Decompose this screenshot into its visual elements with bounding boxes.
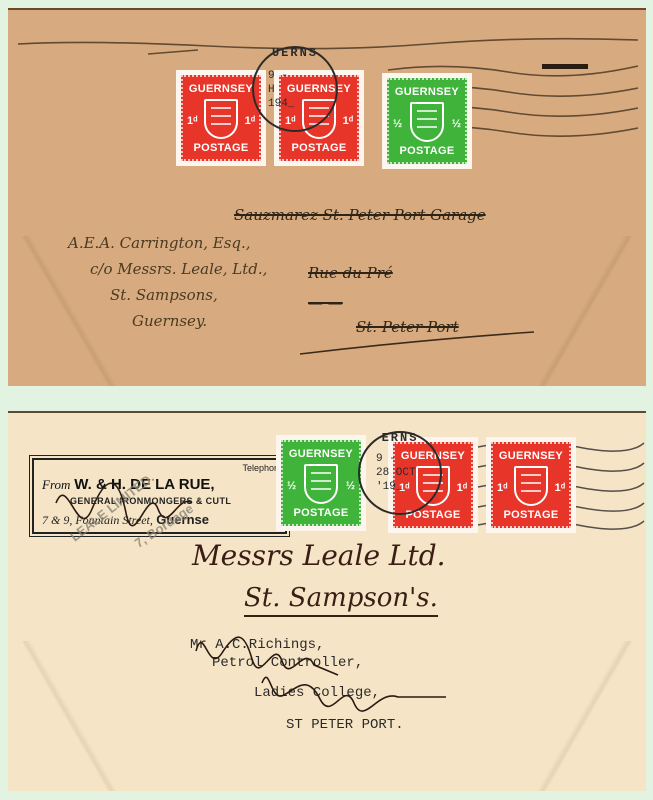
postmark-date-line: 194_ — [268, 98, 294, 111]
stamp-country: GUERNSEY — [183, 83, 259, 95]
handwritten-scribble-cancellations — [8, 413, 646, 793]
stamp-caption: POSTAGE — [281, 142, 357, 154]
envelope-flap-right — [526, 236, 646, 386]
stamp-value: ½ — [452, 118, 461, 130]
stamp-caption: POSTAGE — [183, 142, 259, 154]
stamp-halfpenny-green: GUERNSEY ½ ½ POSTAGE — [382, 73, 472, 169]
crossed-out-address-line: Sauzmarez St. Peter Port Garage — [234, 206, 486, 224]
stamp-value: ½ — [393, 118, 402, 130]
stamp-value: 1ᵈ — [343, 115, 353, 127]
stamp-caption: POSTAGE — [389, 145, 465, 157]
stamp-value: 1ᵈ — [187, 115, 197, 127]
underline-stroke — [298, 328, 538, 358]
address-line: St. Sampsons, — [110, 286, 218, 304]
shield-arms-icon — [204, 99, 238, 139]
crossed-out-address-line: — — — [308, 294, 343, 312]
postmark-town: UERNS — [254, 46, 336, 60]
envelope-flap-left — [8, 236, 128, 386]
envelope-cover-2: Telephon From W. & H. DE LA RUE, GENERAL… — [8, 411, 646, 791]
stamp-country: GUERNSEY — [389, 86, 465, 98]
postmark-circular: UERNS 9 - H 194_ — [252, 46, 338, 132]
shield-arms-icon — [410, 102, 444, 142]
postmark-date-line: H — [268, 84, 275, 97]
envelope-cover-1: GUERNSEY 1ᵈ 1ᵈ POSTAGE GUERNSEY 1ᵈ 1ᵈ PO… — [8, 8, 646, 386]
address-line: c/o Messrs. Leale, Ltd., — [90, 260, 267, 278]
address-line: A.E.A. Carrington, Esq., — [68, 234, 251, 252]
crossed-out-address-line: Rue du Pré — [308, 264, 393, 282]
stamp-value: 1ᵈ — [245, 115, 255, 127]
postmark-date-line: 9 - — [268, 70, 288, 83]
address-line: Guernsey. — [132, 312, 207, 330]
